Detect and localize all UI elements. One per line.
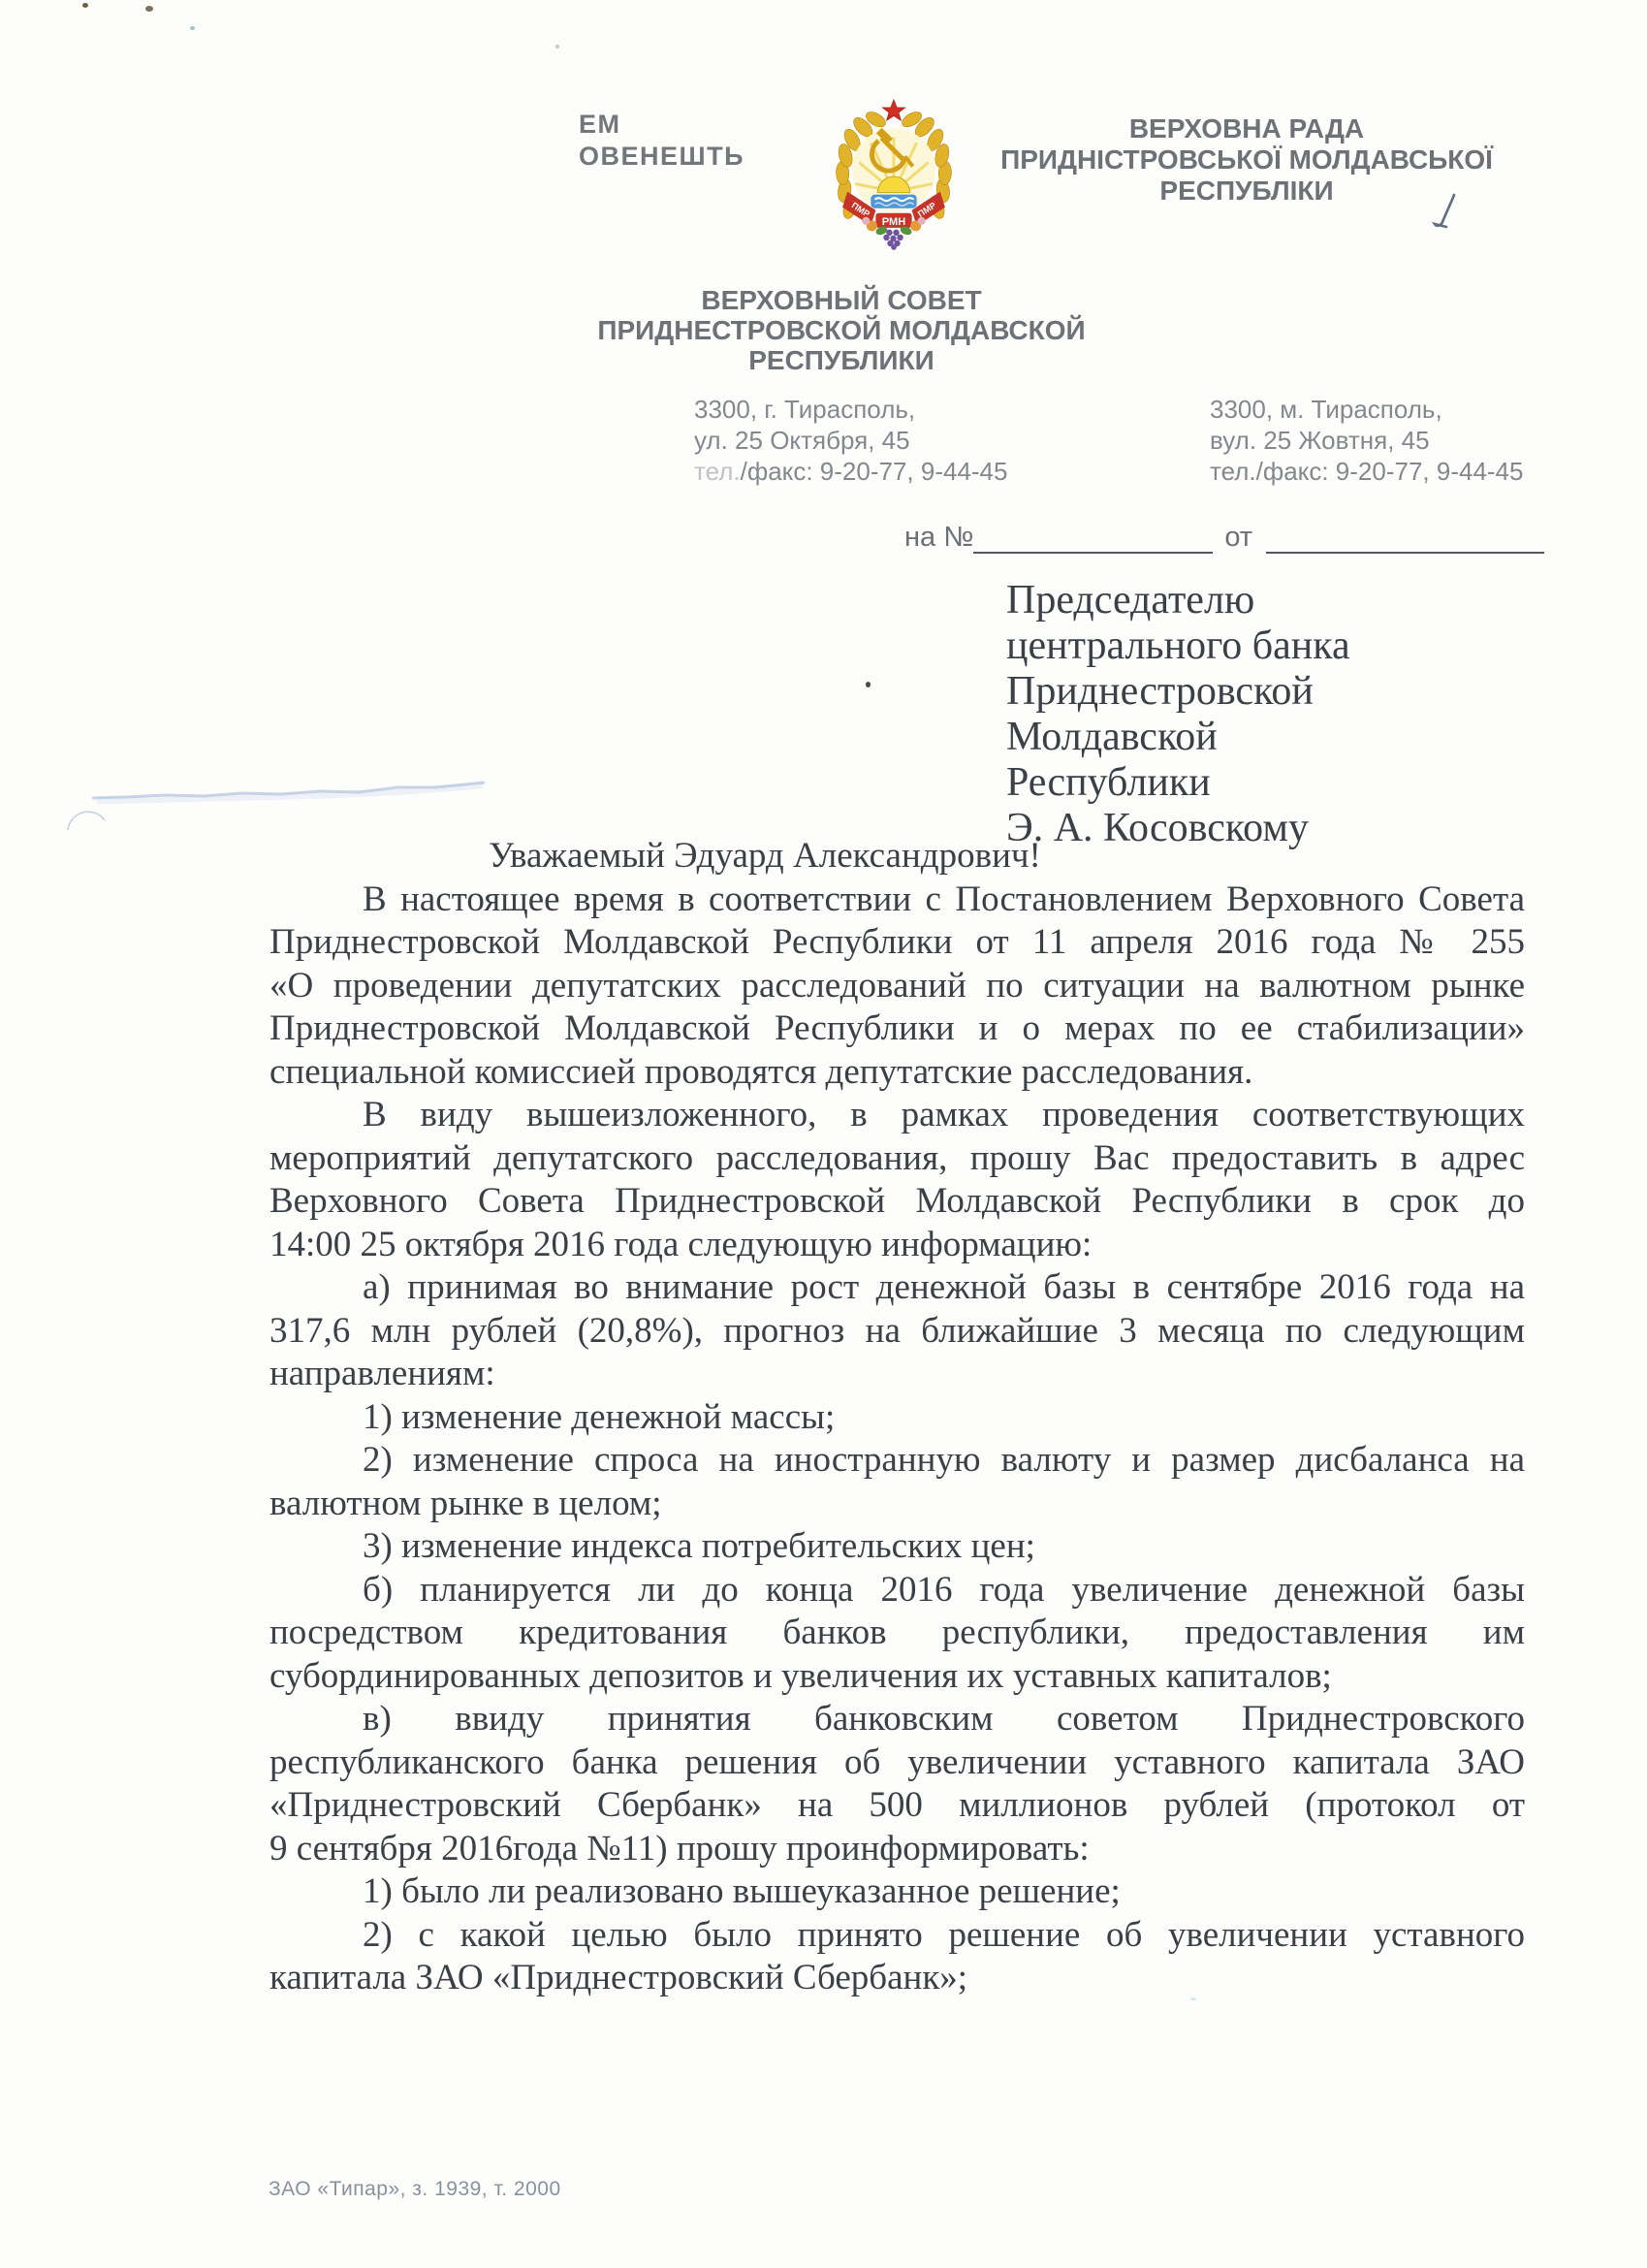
body-line: специальной комиссией проводятся депутат…	[269, 1051, 1525, 1095]
letterhead-center-line: ВЕРХОВНЫЙ СОВЕТ	[551, 285, 1132, 315]
address-line: 3300, г. Тирасполь,	[694, 394, 1007, 425]
pmr-coat-of-arms-icon: ПМР ПМР РМН	[820, 97, 967, 255]
body-line: Верховного Совета Приднестровской Молдав…	[269, 1180, 1525, 1224]
scan-speck	[82, 3, 88, 8]
body-line: 317,6 млн рублей (20,8%), прогноз на бли…	[269, 1310, 1525, 1354]
letterhead-right-line: ВЕРХОВНА РАДА	[980, 113, 1513, 144]
red-star-icon	[882, 100, 904, 120]
body-line: республиканского банка решения об увелич…	[269, 1741, 1525, 1785]
body-line: 2) изменение спроса на иностранную валют…	[269, 1439, 1525, 1483]
body-line: 1) было ли реализовано вышеуказанное реш…	[269, 1870, 1525, 1914]
body-line: Уважаемый Эдуард Александрович!	[489, 835, 1525, 878]
correction-streak	[68, 783, 485, 830]
reference-number-blank	[973, 523, 1213, 554]
body-line: В настоящее время в соответствии с Поста…	[269, 878, 1525, 922]
body-line: направлениям:	[269, 1353, 1525, 1396]
address-line: тел./факс: 9-20-77, 9-44-45	[694, 456, 1007, 487]
recipient-line: Приднестровской	[1006, 669, 1472, 715]
address-block-russian: 3300, г. Тирасполь, ул. 25 Октября, 45 т…	[694, 394, 1007, 487]
reference-line: на №от	[904, 522, 1544, 555]
body-line: «О проведении депутатских расследований …	[269, 965, 1525, 1008]
body-line: 9 сентября 2016года №11) прошу проинформ…	[269, 1828, 1525, 1871]
letter-body: Уважаемый Эдуард Александрович!В настоящ…	[269, 835, 1525, 2000]
letterhead-right-line: ПРИДНІСТРОВСЬКОЇ МОЛДАВСЬКОЇ	[980, 144, 1513, 176]
body-line: 1) изменение денежной массы;	[269, 1396, 1525, 1440]
address-line: тел./факс: 9-20-77, 9-44-45	[1210, 456, 1523, 487]
body-line: б) планируется ли до конца 2016 года уве…	[269, 1569, 1525, 1613]
recipient-line: центрального банка	[1006, 623, 1472, 669]
address-line: вул. 25 Жовтня, 45	[1210, 425, 1523, 456]
letterhead-russian: ВЕРХОВНЫЙ СОВЕТ ПРИДНЕСТРОВСКОЙ МОЛДАВСК…	[551, 285, 1132, 375]
body-line: капитала ЗАО «Приднестровский Сбербанк»;	[269, 1957, 1525, 2000]
letterhead-center-line: ПРИДНЕСТРОВСКОЙ МОЛДАВСКОЙ	[551, 315, 1132, 345]
scan-speck	[145, 6, 153, 12]
body-line: 3) изменение индекса потребительских цен…	[269, 1525, 1525, 1569]
svg-text:РМН: РМН	[882, 216, 905, 228]
letterhead-center-line: РЕСПУБЛИКИ	[551, 345, 1132, 375]
body-line: «Приднестровский Сбербанк» на 500 миллио…	[269, 1784, 1525, 1828]
body-line: субординированных депозитов и увеличения…	[269, 1655, 1525, 1699]
reference-date-label: от	[1224, 522, 1252, 554]
reference-number-label: на №	[904, 522, 973, 554]
address-block-ukrainian: 3300, м. Тирасполь, вул. 25 Жовтня, 45 т…	[1210, 394, 1523, 487]
recipient-line: Председателю	[1006, 578, 1472, 623]
body-line: В виду вышеизложенного, в рамках проведе…	[269, 1094, 1525, 1137]
scan-speck	[1190, 1997, 1196, 2000]
letterhead-left-line: ОВЕНЕШТЬ	[579, 141, 773, 173]
address-line: 3300, м. Тирасполь,	[1210, 394, 1523, 425]
recipient-block: Председателюцентрального банкаПриднестро…	[1006, 578, 1472, 851]
faded-text: тел.	[694, 457, 741, 486]
ink-dot	[866, 682, 871, 687]
reference-date-blank	[1266, 523, 1544, 554]
body-line: 2) с какой целью было принято решение об…	[269, 1914, 1525, 1958]
body-line: в) ввиду принятия банковским советом При…	[269, 1698, 1525, 1741]
body-line: 14:00 25 октября 2016 года следующую инф…	[269, 1224, 1525, 1267]
address-line: ул. 25 Октября, 45	[694, 425, 1007, 456]
body-line: мероприятий депутатского расследования, …	[269, 1137, 1525, 1181]
body-line: Приднестровской Молдавской Республики от…	[269, 921, 1525, 965]
scan-speck	[190, 26, 195, 30]
recipient-line: Республики	[1006, 760, 1472, 806]
letterhead-right-line: РЕСПУБЛІКИ	[980, 176, 1513, 207]
imprint: ЗАО «Типар», з. 1939, т. 2000	[269, 2178, 561, 2201]
scanned-letter-page: ЕМ ОВЕНЕШТЬ	[0, 0, 1647, 2268]
recipient-line: Молдавской	[1006, 715, 1472, 760]
scan-speck	[555, 45, 559, 48]
letterhead-left-partial: ЕМ ОВЕНЕШТЬ	[579, 109, 773, 173]
body-line: посредством кредитования банков республи…	[269, 1612, 1525, 1655]
ribbon-center: РМН	[875, 213, 911, 228]
letterhead-ukrainian: ВЕРХОВНА РАДА ПРИДНІСТРОВСЬКОЇ МОЛДАВСЬК…	[980, 113, 1513, 207]
body-line: а) принимая во внимание рост денежной ба…	[269, 1266, 1525, 1310]
body-line: валютном рынке в целом;	[269, 1483, 1525, 1526]
letterhead-left-line: ЕМ	[579, 109, 773, 141]
body-line: Приднестровской Молдавской Республики и …	[269, 1007, 1525, 1051]
